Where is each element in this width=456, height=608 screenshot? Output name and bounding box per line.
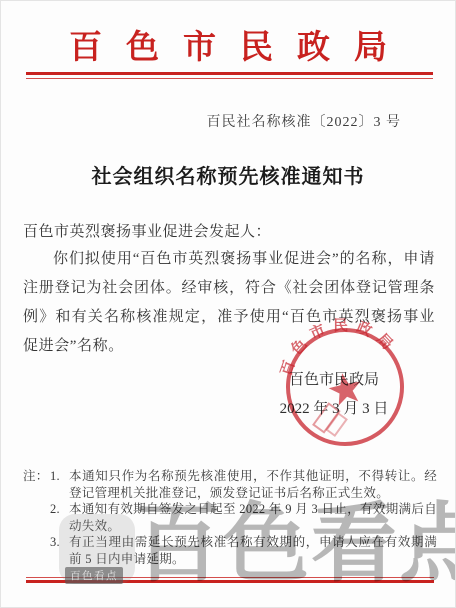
watermark-badge: 百色看点 <box>65 567 123 584</box>
issuing-agency-title: 百色市民政局 <box>1 21 455 68</box>
note-text: 本通知只作为名称预先核准使用，不作其他证明，不得转让。经登记管理机关批准登记，颁… <box>69 469 437 500</box>
note-number: 2. <box>50 501 60 518</box>
red-star-icon <box>326 370 364 407</box>
header-divider-thin <box>26 78 433 79</box>
watermark-text: 百色看点 <box>135 499 456 589</box>
seal-graphic: 百色市民政局 <box>252 294 437 479</box>
page-title: 社会组织名称预先核准通知书 <box>1 160 455 189</box>
note-number: 1. <box>50 468 60 485</box>
official-red-seal: 百色市民政局 <box>252 294 437 479</box>
official-notice-document: 百色市民政局 百民社名称核准〔2022〕3 号 社会组织名称预先核准通知书 百色… <box>0 0 456 608</box>
seal-lower-mark-2 <box>327 414 347 436</box>
salutation-line: 百色市英烈褒扬事业促进会发起人： <box>23 220 271 241</box>
document-reference-number: 百民社名称核准〔2022〕3 号 <box>207 111 402 131</box>
header-divider-thick <box>26 72 433 75</box>
